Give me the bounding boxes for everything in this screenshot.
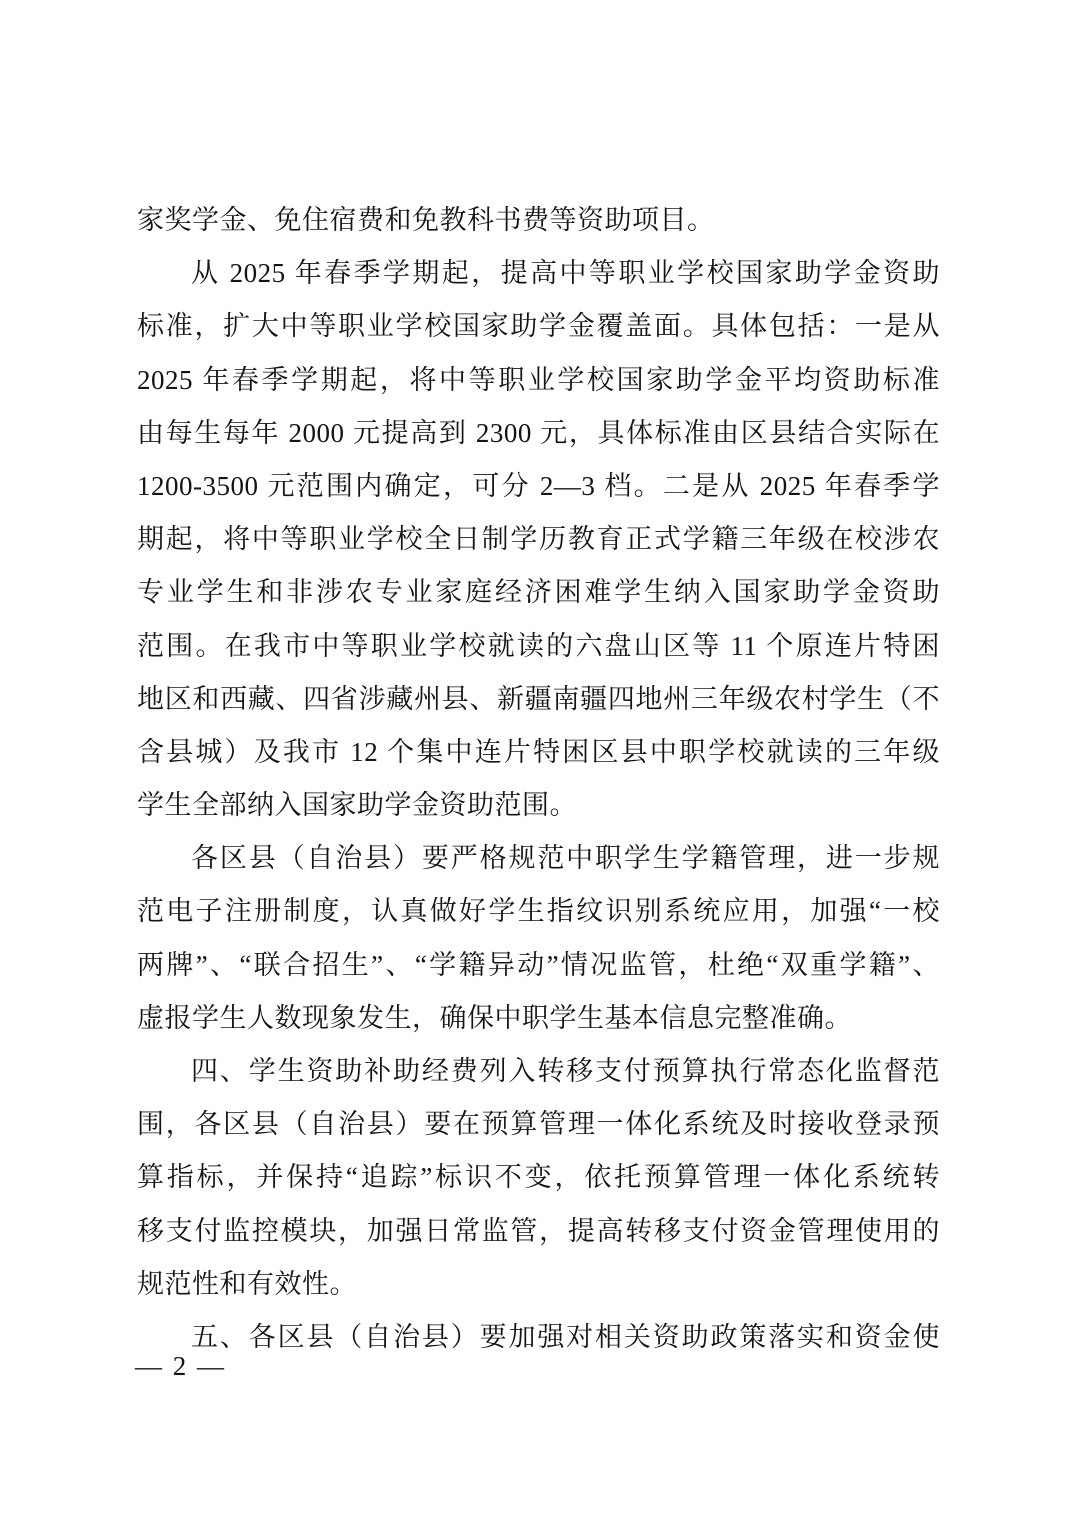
text-line: 规范性和有效性。 [137, 1258, 940, 1311]
body-text: 家奖学金、免住宿费和免教科书费等资助项目。从 2025 年春季学期起，提高中等职… [137, 194, 940, 1364]
text-line: 从 2025 年春季学期起，提高中等职业学校国家助学金资助 [137, 247, 940, 300]
text-line: 学生全部纳入国家助学金资助范围。 [137, 779, 940, 832]
text-line: 期起，将中等职业学校全日制学历教育正式学籍三年级在校涉农 [137, 513, 940, 566]
text-line: 移支付监控模块，加强日常监管，提高转移支付资金管理使用的 [137, 1205, 940, 1258]
text-line: 虚报学生人数现象发生，确保中职学生基本信息完整准确。 [137, 992, 940, 1045]
text-line: 1200-3500 元范围内确定，可分 2—3 档。二是从 2025 年春季学 [137, 460, 940, 513]
text-line: 标准，扩大中等职业学校国家助学金覆盖面。具体包括：一是从 [137, 300, 940, 353]
text-line: 范围。在我市中等职业学校就读的六盘山区等 11 个原连片特困 [137, 620, 940, 673]
document-page: 家奖学金、免住宿费和免教科书费等资助项目。从 2025 年春季学期起，提高中等职… [0, 0, 1074, 1520]
text-line: 由每生每年 2000 元提高到 2300 元，具体标准由区县结合实际在 [137, 407, 940, 460]
text-line: 专业学生和非涉农专业家庭经济困难学生纳入国家助学金资助 [137, 566, 940, 619]
text-line: 各区县（自治县）要严格规范中职学生学籍管理，进一步规 [137, 832, 940, 885]
text-line: 两牌”、“联合招生”、“学籍异动”情况监管，杜绝“双重学籍”、 [137, 939, 940, 992]
text-line: 2025 年春季学期起，将中等职业学校国家助学金平均资助标准 [137, 354, 940, 407]
text-line: 家奖学金、免住宿费和免教科书费等资助项目。 [137, 194, 940, 247]
text-line: 地区和西藏、四省涉藏州县、新疆南疆四地州三年级农村学生（不 [137, 673, 940, 726]
text-line: 含县城）及我市 12 个集中连片特困区县中职学校就读的三年级 [137, 726, 940, 779]
text-line: 围，各区县（自治县）要在预算管理一体化系统及时接收登录预 [137, 1098, 940, 1151]
text-line: 四、学生资助补助经费列入转移支付预算执行常态化监督范 [137, 1045, 940, 1098]
text-line: 范电子注册制度，认真做好学生指纹识别系统应用，加强“一校 [137, 885, 940, 938]
page-number: — 2 — [135, 1342, 226, 1390]
text-line: 算指标，并保持“追踪”标识不变，依托预算管理一体化系统转 [137, 1151, 940, 1204]
text-line: 五、各区县（自治县）要加强对相关资助政策落实和资金使 [137, 1311, 940, 1364]
